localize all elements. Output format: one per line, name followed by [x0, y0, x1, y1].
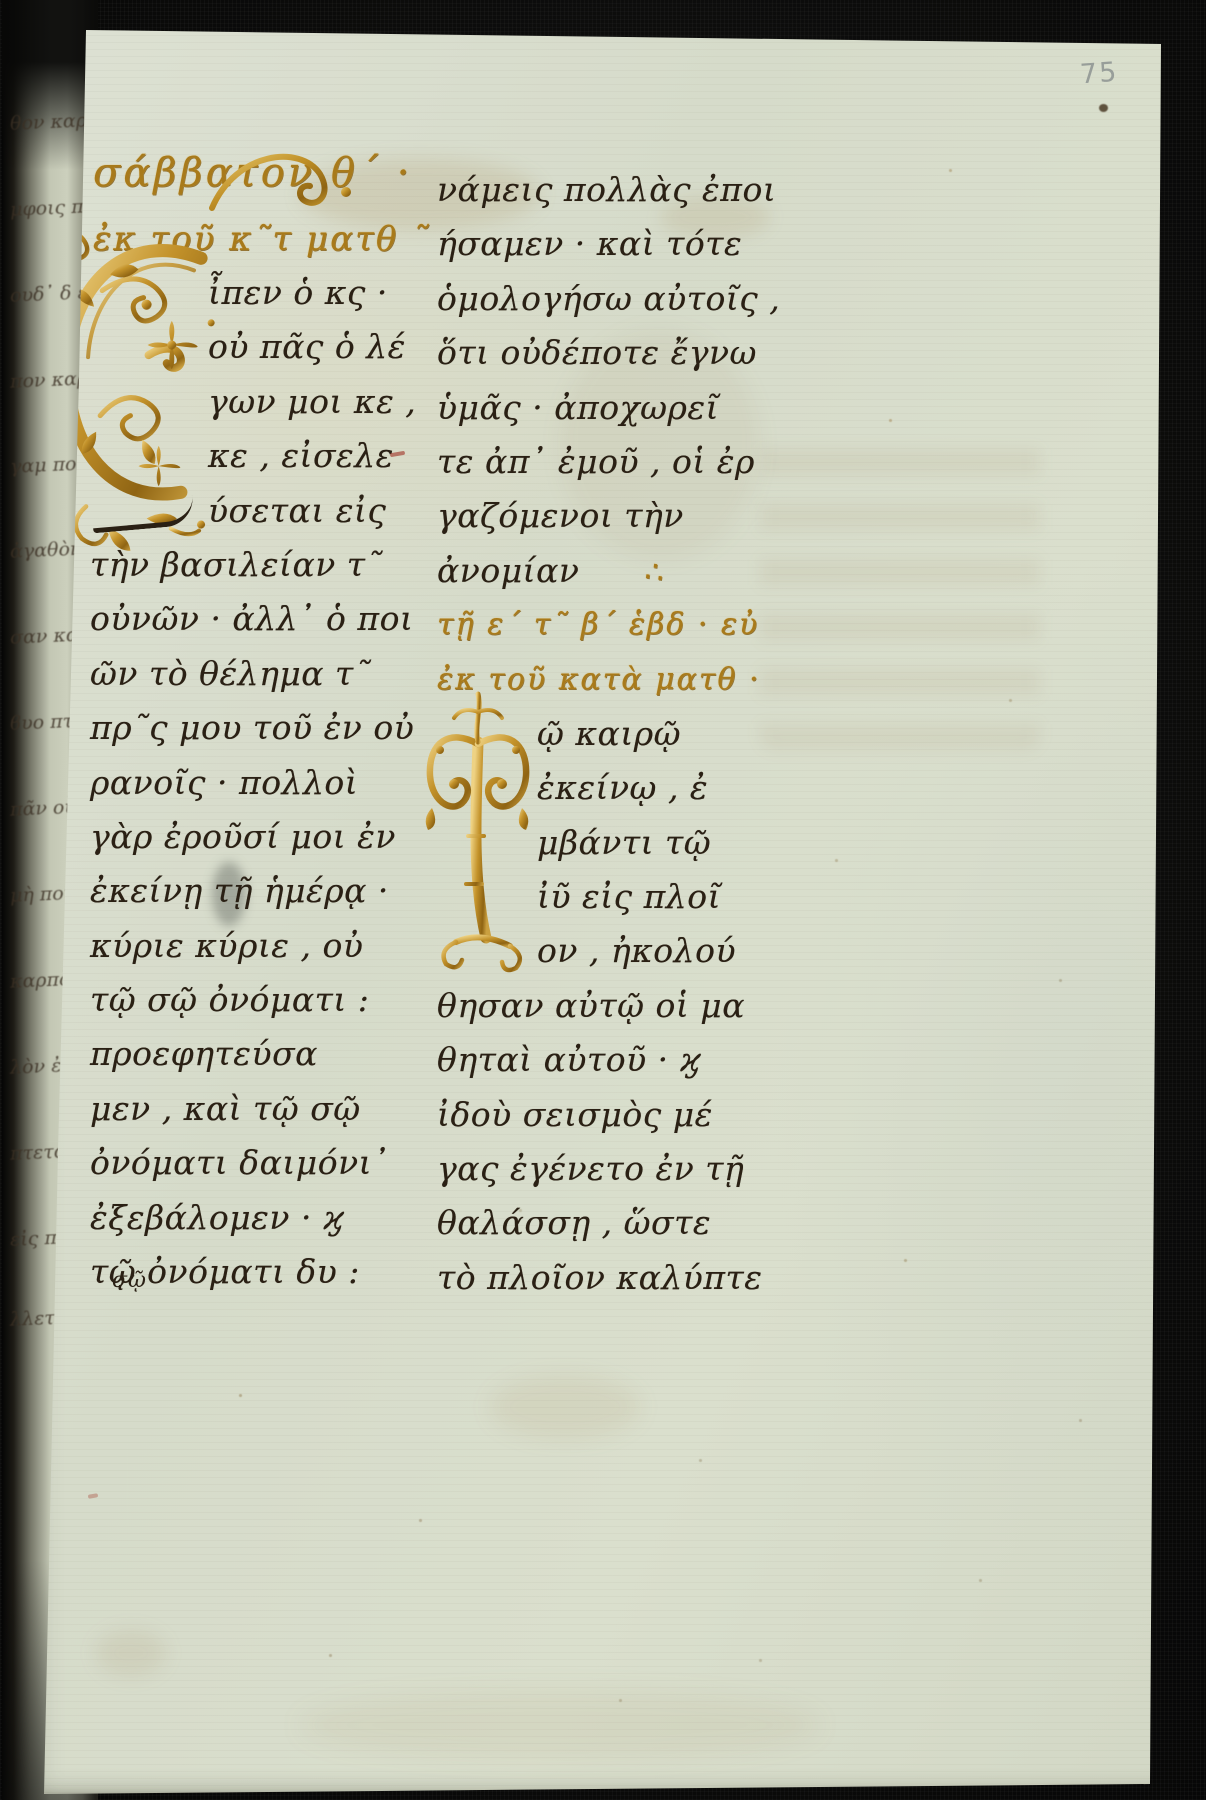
text-line: ρανοῖς · πολλοὶ	[90, 756, 405, 810]
text-line: τὸ πλοῖον καλύπτε	[437, 1251, 767, 1305]
text-line: ἰῦ εἰς πλοῖ	[437, 870, 767, 924]
stain	[490, 1375, 640, 1439]
text-line: ὑμᾶς · ἀποχωρεῖ	[437, 381, 767, 435]
text-line: ῷ καιρῷ	[437, 707, 767, 761]
text-line: γὰρ ἐροῦσί μοι ἐν	[90, 810, 405, 864]
lection-heading-line1: σάββατον θ΄ ·	[93, 150, 412, 196]
text-line: θαλάσσῃ , ὥστε	[437, 1196, 767, 1250]
text-column-2: νάμεις πολλὰς ἐποι ήσαμεν · καὶ τότε ὁμο…	[437, 163, 767, 1305]
text-line: ὀνόματι δαιμόνι᾽	[90, 1136, 405, 1190]
page-edge-text-fragment: ουδ᾽ δ ἐν δ	[10, 282, 89, 305]
text-line: νάμεις πολλὰς ἐποι	[437, 163, 767, 217]
text-line: οὐ πᾶς ὁ λέ	[90, 320, 405, 374]
folio-number: 75	[1079, 57, 1119, 91]
text-line: μβάντι τῷ	[437, 816, 767, 870]
text-line: ον , ἠκολού	[437, 924, 767, 978]
stain	[300, 1690, 820, 1760]
stain	[96, 1630, 166, 1676]
text-line: ὁμολογήσω αὐτοῖς ,	[437, 272, 767, 326]
rubric-line: ἐκ τοῦ κατὰ ματθ ·	[437, 653, 767, 707]
dark-fleck	[1099, 104, 1108, 112]
verso-show-through	[560, 330, 760, 560]
text-line: τε ἀπ᾽ ἐμοῦ , οἱ ἐρ	[437, 435, 767, 489]
text-line: ἀνομίαν	[437, 544, 767, 598]
illuminated-initial-tau-icon	[420, 688, 535, 966]
heading-flourish	[208, 146, 358, 220]
lection-heading-line2: ἐκ τοῦ κ῀τ ματθ ῀	[93, 219, 430, 259]
verso-show-through	[760, 420, 1040, 750]
text-line: ύσεται εἰς	[90, 484, 405, 538]
text-line: ἐκείνῃ τῇ ἡμέρᾳ ·	[90, 864, 405, 918]
page-edge-text-fragment: μφοις ποι	[10, 196, 89, 219]
text-line: θηταὶ αὐτοῦ · ϗ	[437, 1033, 767, 1087]
text-line: ἰδοὺ σεισμὸς μέ	[437, 1088, 767, 1142]
text-line: τῷ σῷ ὀνόματι :	[90, 973, 405, 1027]
red-margin-mark	[390, 451, 405, 458]
stain	[660, 195, 770, 239]
text-line: ῶν τὸ θέλημα τ῀	[90, 647, 405, 701]
text-line: ἐκείνῳ , ἐ	[437, 761, 767, 815]
text-line: γας ἐγένετο ἐν τῇ	[437, 1142, 767, 1196]
red-margin-mark	[88, 1493, 99, 1499]
text-line: μεν , καὶ τῷ σῷ	[90, 1082, 405, 1136]
text-line: οὐνῶν · ἀλλ᾽ ὁ ποι	[90, 592, 405, 646]
text-line: θησαν αὐτῷ οἱ μα	[437, 979, 767, 1033]
text-line: τὴν βασιλείαν τ῀	[90, 538, 405, 592]
text-line: κε , εἰσελε	[90, 429, 405, 483]
text-line: γαζόμενοι τὴν	[437, 489, 767, 543]
interlinear-correction: σῷ	[112, 1268, 147, 1293]
text-line: ἐξεβάλομεν · ϗ	[90, 1191, 405, 1245]
text-line: ἶπεν ὁ κς ·	[90, 266, 405, 320]
end-of-lection-ornament: ∴	[643, 554, 667, 591]
text-line: γων μοι κε ,	[90, 375, 405, 429]
rubric-line: τῇ ε΄ τ῀ β΄ ἑβδ · εὐ	[437, 598, 767, 652]
ink-smudge	[212, 862, 246, 926]
text-line: κύριε κύριε , οὐ	[90, 919, 405, 973]
text-column-1: ἶπεν ὁ κς · οὐ πᾶς ὁ λέ γων μοι κε , κε …	[90, 266, 405, 1299]
text-line: πρ῀ς μου τοῦ ἐν οὐ	[90, 701, 405, 755]
text-line: προεφητεύσα	[90, 1027, 405, 1081]
page-edge-text-fragment: θον καρπ	[10, 110, 89, 133]
text-line: ὅτι οὐδέποτε ἔγνω	[437, 326, 767, 380]
text-line: ήσαμεν · καὶ τότε	[437, 217, 767, 271]
manuscript-page: 75 σάββατον θ΄ · ἐκ τοῦ κ῀τ ματθ ῀	[0, 0, 1206, 1800]
stain	[300, 158, 540, 230]
text-line: τῷ ὀνόματι δυ :	[90, 1245, 405, 1299]
page-edge-text-fragment: πον καρπ	[10, 368, 89, 391]
